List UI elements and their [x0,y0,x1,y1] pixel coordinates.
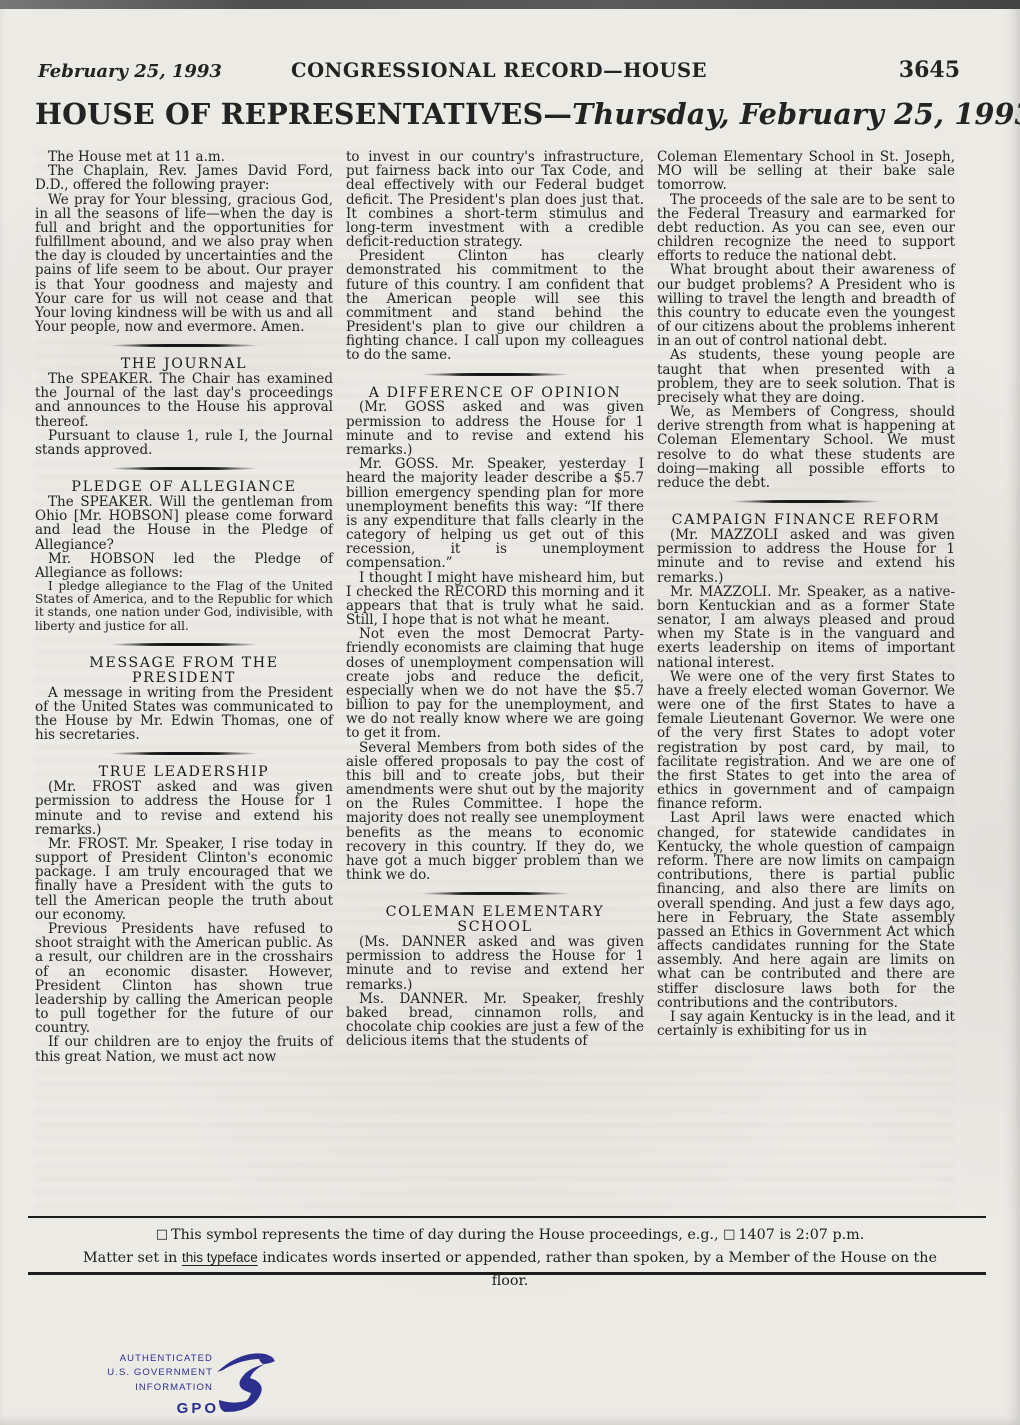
paragraph: to invest in our country's infrastructur… [346,150,644,249]
three-column-text: The House met at 11 a.m. The Chaplain, R… [35,150,955,1064]
paragraph: I thought I might have misheard him, but… [346,571,644,628]
section-heading-true-leadership: TRUE LEADERSHIP [35,765,333,780]
footnote-line-1: □This symbol represents the time of day … [70,1224,950,1247]
footer-rule-top [28,1216,986,1218]
paragraph: (Mr. MAZZOLI asked and was given permiss… [657,528,955,585]
paragraph: The SPEAKER. The Chair has examined the … [35,372,333,429]
paragraph: We pray for Your blessing, gracious God,… [35,193,333,335]
paragraph: The House met at 11 a.m. [35,150,333,164]
column-center: to invest in our country's infrastructur… [346,150,644,1064]
paragraph: A message in writing from the President … [35,686,333,743]
paragraph: Mr. FROST. Mr. Speaker, I rise today in … [35,837,333,922]
paragraph: We, as Members of Congress, should deriv… [657,405,955,490]
time-symbol-icon: □ [156,1227,168,1242]
header-page-number: 3645 [710,57,960,83]
paragraph: Not even the most Democrat Party-friendl… [346,627,644,740]
gpo-seal-line-1: AUTHENTICATED [95,1352,213,1366]
section-divider [731,500,881,503]
paragraph: Mr. MAZZOLI. Mr. Speaker, as a native-bo… [657,585,955,670]
paragraph: Mr. HOBSON led the Pledge of Allegiance … [35,552,333,580]
paragraph: (Ms. DANNER asked and was given permissi… [346,935,644,992]
paragraph: I say again Kentucky is in the lead, and… [657,1010,955,1038]
paragraph: The proceeds of the sale are to be sent … [657,193,955,264]
section-heading-difference-of-opinion: A DIFFERENCE OF OPINION [346,386,644,401]
time-symbol-icon: □ [723,1227,735,1242]
paragraph: President Clinton has clearly demonstrat… [346,249,644,362]
footer-rule-bottom [28,1272,986,1275]
gpo-authentication-seal: AUTHENTICATED U.S. GOVERNMENT INFORMATIO… [95,1352,277,1420]
running-header: February 25, 1993 CONGRESSIONAL RECORD—H… [38,57,960,83]
masthead-title: HOUSE OF REPRESENTATIVES—Thursday, Febru… [35,97,955,131]
header-date: February 25, 1993 [38,61,288,82]
footnote-line-2: Matter set in this typeface indicates wo… [70,1247,950,1293]
section-heading-campaign-finance: CAMPAIGN FINANCE REFORM [657,513,955,528]
paragraph: Several Members from both sides of the a… [346,741,644,883]
gpo-seal-line-3: INFORMATION [95,1381,213,1395]
masthead-title-italic: Thursday, February 25, 1993 [572,97,1020,131]
gpo-seal-line-2: U.S. GOVERNMENT [95,1366,213,1380]
footnote-typeface-sample: this typeface [182,1250,258,1265]
scan-edge [0,0,1020,9]
paragraph: Ms. DANNER. Mr. Speaker, freshly baked b… [346,992,644,1049]
paragraph: Coleman Elementary School in St. Joseph,… [657,150,955,193]
paragraph: Pursuant to clause 1, rule I, the Journa… [35,429,333,457]
section-divider [109,344,259,347]
section-divider [109,643,259,646]
pledge-of-allegiance-text: I pledge allegiance to the Flag of the U… [35,580,333,633]
paragraph: We were one of the very first States to … [657,670,955,812]
congressional-record-page: February 25, 1993 CONGRESSIONAL RECORD—H… [0,0,1020,1425]
paragraph: Last April laws were enacted which chang… [657,811,955,1009]
footnote-line-1-time: 1407 is 2:07 p.m. [738,1227,864,1243]
section-divider [109,752,259,755]
footnote-block: □This symbol represents the time of day … [70,1224,950,1293]
section-divider [420,373,570,376]
column-left: The House met at 11 a.m. The Chaplain, R… [35,150,333,1064]
footnote-line-2-after: indicates words inserted or appended, ra… [258,1250,937,1289]
gpo-eagle-icon [215,1348,277,1418]
section-heading-journal: THE JOURNAL [35,357,333,372]
paragraph: Mr. GOSS. Mr. Speaker, yesterday I heard… [346,457,644,570]
footnote-line-2-before: Matter set in [83,1250,182,1266]
paragraph: If our children are to enjoy the fruits … [35,1035,333,1063]
paragraph: What brought about their awareness of ou… [657,263,955,348]
paragraph: The Chaplain, Rev. James David Ford, D.D… [35,164,333,192]
footnote-line-1-text: This symbol represents the time of day d… [171,1227,723,1243]
section-heading-pledge: PLEDGE OF ALLEGIANCE [35,480,333,495]
section-divider [420,892,570,895]
paragraph: Previous Presidents have refused to shoo… [35,922,333,1035]
header-title: CONGRESSIONAL RECORD—HOUSE [288,59,710,82]
section-divider [109,467,259,470]
paragraph: The SPEAKER. Will the gentleman from Ohi… [35,495,333,552]
gpo-seal-text: AUTHENTICATED U.S. GOVERNMENT INFORMATIO… [95,1352,213,1420]
paragraph: (Mr. FROST asked and was given permissio… [35,780,333,837]
masthead-title-roman: HOUSE OF REPRESENTATIVES— [35,97,572,131]
gpo-acronym: GPO [95,1398,219,1421]
section-heading-message: MESSAGE FROM THE PRESIDENT [35,656,333,686]
column-right: Coleman Elementary School in St. Joseph,… [657,150,955,1064]
section-heading-coleman: COLEMAN ELEMENTARY SCHOOL [346,905,644,935]
paragraph: (Mr. GOSS asked and was given permission… [346,400,644,457]
paragraph: As students, these young people are taug… [657,348,955,405]
